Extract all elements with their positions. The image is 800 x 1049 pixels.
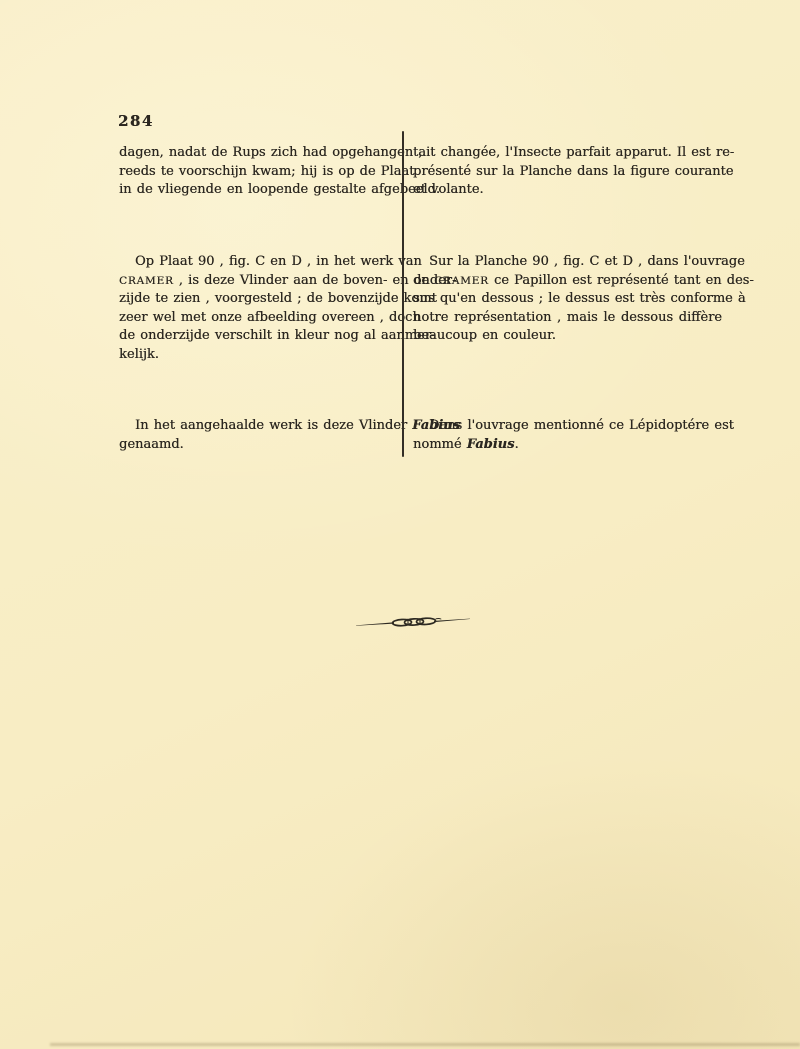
text-segment: notre représentation , mais le dessous d… — [413, 310, 722, 325]
text-segment: de onderzijde verschilt in kleur nog al … — [119, 328, 435, 343]
paragraph: Dans l'ouvrage mentionné ce Lépidoptére … — [413, 417, 722, 454]
text-line: notre représentation , mais le dessous d… — [413, 309, 722, 328]
text-segment: zeer wel met onze afbeelding overeen , d… — [119, 310, 421, 325]
text-line: dagen, nadat de Rups zich had opgehangen… — [119, 144, 396, 163]
text-segment: in de vliegende en loopende gestalte afg… — [119, 182, 440, 197]
paragraph: In het aangehaalde werk is deze Vlinder … — [119, 417, 396, 454]
text-segment: zijde te zien , voorgesteld ; de bovenzi… — [119, 291, 437, 306]
text-line: de CRAMER ce Papillon est représenté tan… — [413, 272, 722, 291]
text-line: CRAMER , is deze Vlinder aan de boven- e… — [119, 272, 396, 291]
text-line: zeer wel met onze afbeelding overeen , d… — [119, 309, 396, 328]
text-line: in de vliegende en loopende gestalte afg… — [119, 181, 396, 200]
text-segment: Dans l'ouvrage mentionné ce Lépidoptére … — [429, 418, 734, 433]
text-line: genaamd. — [119, 436, 396, 455]
paragraph: Op Plaat 90 , fig. C en D , in het werk … — [119, 253, 396, 365]
text-segment: dagen, nadat de Rups zich had opgehangen… — [119, 145, 422, 160]
page-bottom-shadow — [50, 1043, 800, 1046]
text-segment: présenté sur la Planche dans la figure c… — [413, 164, 733, 179]
text-line: Op Plaat 90 , fig. C en D , in het werk … — [119, 253, 396, 272]
text-segment: tait changée, l'Insecte parfait apparut.… — [413, 145, 734, 160]
text-segment: Op Plaat 90 , fig. C en D , in het werk … — [135, 254, 422, 269]
text-segment: genaamd. — [119, 437, 184, 452]
text-segment: reeds te voorschijn kwam; hij is op de P… — [119, 164, 414, 179]
paragraph: dagen, nadat de Rups zich had opgehangen… — [119, 144, 396, 200]
text-segment: beaucoup en couleur. — [413, 328, 556, 343]
text-segment: In het aangehaalde werk is deze Vlinder — [135, 418, 412, 433]
left-column: dagen, nadat de Rups zich had opgehangen… — [119, 0, 396, 1049]
text-segment: de — [413, 273, 434, 288]
text-line: nommé Fabius. — [413, 436, 722, 455]
text-segment: . — [514, 437, 518, 452]
small-caps-name: CRAMER — [434, 275, 489, 287]
text-line: présenté sur la Planche dans la figure c… — [413, 163, 722, 182]
text-line: Sur la Planche 90 , fig. C et D , dans l… — [413, 253, 722, 272]
text-segment: Sur la Planche 90 , fig. C et D , dans l… — [429, 254, 745, 269]
book-page: 284 dagen, nadat de Rups zich had opgeha… — [0, 0, 800, 1049]
paragraph: tait changée, l'Insecte parfait apparut.… — [413, 144, 722, 200]
text-line: kelijk. — [119, 346, 396, 365]
text-segment: et volante. — [413, 182, 484, 197]
text-line: Dans l'ouvrage mentionné ce Lépidoptére … — [413, 417, 722, 436]
column-divider-rule — [402, 131, 404, 457]
text-segment: nommé — [413, 437, 467, 452]
text-line: sus qu'en dessous ; le dessus est très c… — [413, 290, 722, 309]
text-line: et volante. — [413, 181, 722, 200]
text-line: tait changée, l'Insecte parfait apparut.… — [413, 144, 722, 163]
text-segment: sus qu'en dessous ; le dessus est très c… — [413, 291, 746, 306]
text-line: de onderzijde verschilt in kleur nog al … — [119, 327, 396, 346]
text-line: beaucoup en couleur. — [413, 327, 722, 346]
right-column: tait changée, l'Insecte parfait apparut.… — [413, 0, 722, 1049]
text-line: zijde te zien , voorgesteld ; de bovenzi… — [119, 290, 396, 309]
small-caps-name: CRAMER — [119, 275, 174, 287]
text-segment: kelijk. — [119, 347, 159, 362]
text-line: In het aangehaalde werk is deze Vlinder … — [119, 417, 396, 436]
text-segment: ce Papillon est représenté tant en des- — [489, 273, 754, 288]
species-name: Fabius — [467, 437, 515, 452]
paragraph: Sur la Planche 90 , fig. C et D , dans l… — [413, 253, 722, 346]
text-line: reeds te voorschijn kwam; hij is op de P… — [119, 163, 396, 182]
